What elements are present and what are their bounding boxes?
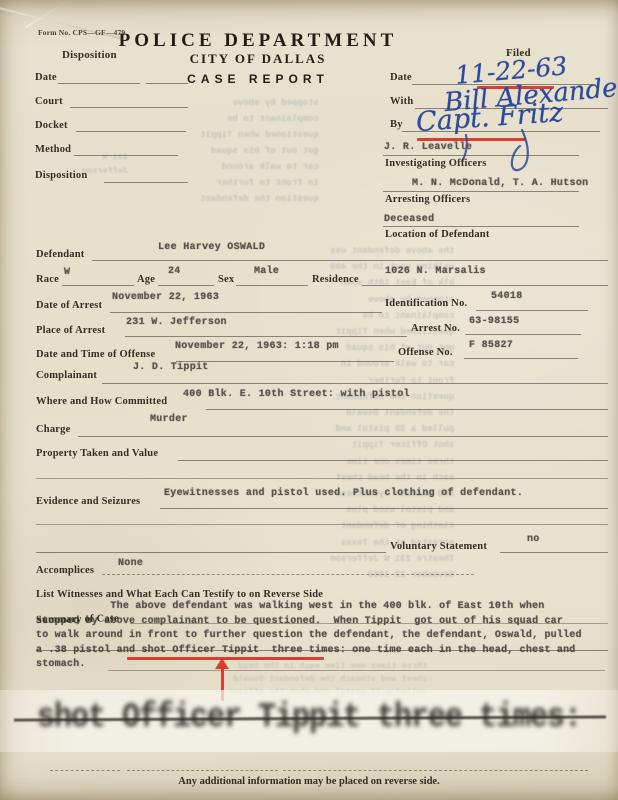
document-title: POLICE DEPARTMENT — [110, 30, 406, 52]
offense-no-label: Offense No. — [398, 347, 453, 358]
bleedthrough-text: the above defendant was walking west in … — [330, 243, 454, 583]
voluntary-statement-value: no — [527, 534, 540, 545]
field-label-docket: Docket — [35, 120, 68, 131]
identification-no-value: 54018 — [491, 291, 523, 302]
property-taken-label: Property Taken and Value — [36, 448, 158, 459]
charge-label: Charge — [36, 424, 70, 435]
filed-with-label: With — [390, 96, 413, 107]
field-label-court: Court — [35, 96, 63, 107]
date-of-arrest-label: Date of Arrest — [36, 300, 102, 311]
race-label: Race — [36, 274, 59, 285]
document-subtitle: CITY OF DALLAS — [110, 51, 406, 67]
filed-date-label: Date — [390, 72, 412, 83]
footer-note: Any additional information may be placed… — [0, 776, 618, 787]
evidence-and-seizures-label: Evidence and Seizures — [36, 496, 140, 507]
race-value: W — [64, 267, 70, 278]
filed-by-label: By — [390, 119, 403, 130]
location-of-defendant-label: Location of Defendant — [385, 229, 490, 240]
summary-of-case-label: Summary of Case — [36, 613, 119, 625]
accomplices-label: Accomplices — [36, 565, 94, 576]
arrest-no-label: Arrest No. — [411, 323, 460, 334]
disposition-column-header: Disposition — [62, 49, 117, 61]
arresting-officers-label: Arresting Officers — [385, 194, 470, 205]
identification-no-label: Identification No. — [385, 298, 467, 309]
residence-label: Residence — [312, 274, 359, 285]
investigating-officers-value: J. R. Leavelle — [384, 142, 472, 153]
where-and-how-committed-value: 400 Blk. E. 10th Street: with pistol — [183, 389, 410, 400]
residence-value: 1026 N. Marsalis — [385, 266, 486, 277]
sex-value: Male — [254, 266, 279, 277]
field-label-date: Date — [35, 72, 57, 83]
arrest-no-value: 63-98155 — [469, 316, 519, 327]
witnesses-instruction: List Witnesses and What Each Can Testify… — [36, 589, 323, 600]
complainant-value: J. D. Tippit — [133, 362, 209, 373]
date-time-of-offense-label: Date and Time of Offense — [36, 349, 155, 360]
defendant-value: Lee Harvey OSWALD — [158, 242, 265, 253]
defendant-label: Defendant — [36, 249, 84, 260]
charge-value: Murder — [150, 414, 188, 425]
voluntary-statement-label: Voluntary Statement — [390, 541, 487, 552]
date-time-of-offense-value: November 22, 1963: 1:18 pm — [175, 341, 339, 352]
accomplices-value: None — [118, 558, 143, 569]
case-report-document: 231 W Jefferson stopped by above complai… — [0, 0, 618, 800]
paper-crease — [25, 0, 85, 28]
where-and-how-committed-label: Where and How Committed — [36, 396, 167, 407]
bleedthrough-text: stopped by above complainant to be quest… — [200, 95, 319, 207]
age-value: 24 — [168, 266, 181, 277]
arresting-officers-value: M. N. McDonald, T. A. Hutson — [412, 178, 588, 189]
age-label: Age — [137, 274, 155, 285]
red-underline-by — [417, 138, 526, 141]
investigating-officers-label: Investigating Officers — [385, 158, 487, 169]
summary-of-case-text: The above defendant was walking west in … — [36, 600, 606, 673]
field-label-method: Method — [35, 144, 71, 155]
date-of-arrest-value: November 22, 1963 — [112, 292, 219, 303]
location-of-defendant-value: Deceased — [384, 214, 434, 225]
sex-label: Sex — [218, 274, 234, 285]
offense-no-value: F 85827 — [469, 340, 513, 351]
evidence-and-seizures-value: Eyewitnesses and pistol used. Plus cloth… — [164, 488, 523, 499]
place-of-arrest-label: Place of Arrest — [36, 325, 105, 336]
place-of-arrest-value: 231 W. Jefferson — [126, 317, 227, 328]
complainant-label: Complainant — [36, 370, 97, 381]
field-label-disposition: Disposition — [35, 170, 87, 181]
